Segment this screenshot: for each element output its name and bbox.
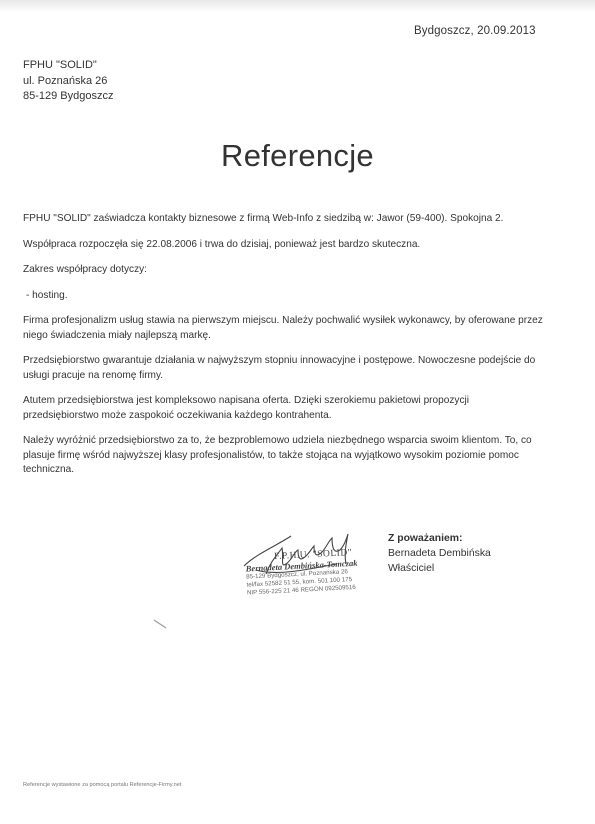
scan-speck bbox=[153, 619, 167, 629]
paragraph-cooperation: Współpraca rozpoczęła się 22.08.2006 i t… bbox=[23, 238, 543, 253]
scope-list-item: - hosting. bbox=[26, 289, 543, 304]
closing-salutation: Z poważaniem: bbox=[388, 531, 491, 546]
signer-name: Bernadeta Dembińska bbox=[388, 546, 491, 561]
paragraph-intro: FPHU "SOLID" zaświadcza kontakty bizneso… bbox=[23, 212, 543, 227]
sender-address: FPHU "SOLID" ul. Poznańska 26 85-129 Byd… bbox=[23, 58, 114, 105]
sender-city: 85-129 Bydgoszcz bbox=[23, 89, 114, 105]
handwritten-signature bbox=[236, 524, 376, 584]
paragraph-professionalism: Firma profesjonalizm usług stawia na pie… bbox=[23, 314, 543, 343]
place-date: Bydgoszcz, 20.09.2013 bbox=[414, 25, 536, 37]
closing-block: Z poważaniem: Bernadeta Dembińska Właści… bbox=[388, 531, 491, 576]
sender-name: FPHU "SOLID" bbox=[23, 58, 114, 74]
paragraph-offer: Atutem przedsiębiorstwa jest kompleksowo… bbox=[23, 394, 543, 423]
paragraph-innovation: Przedsiębiorstwo gwarantuje działania w … bbox=[23, 354, 543, 383]
sender-street: ul. Poznańska 26 bbox=[23, 74, 114, 90]
document-title: Referencje bbox=[0, 138, 595, 174]
scan-edge-shade bbox=[0, 0, 595, 12]
paragraph-support: Należy wyróżnić przedsiębiorstwo za to, … bbox=[23, 434, 543, 478]
paragraph-scope: Zakres współpracy dotyczy: bbox=[23, 263, 543, 278]
letter-body: FPHU "SOLID" zaświadcza kontakty bizneso… bbox=[23, 212, 543, 489]
footer-note: Referencje wystawione za pomocą portalu … bbox=[23, 782, 181, 788]
signer-role: Właściciel bbox=[388, 561, 491, 576]
